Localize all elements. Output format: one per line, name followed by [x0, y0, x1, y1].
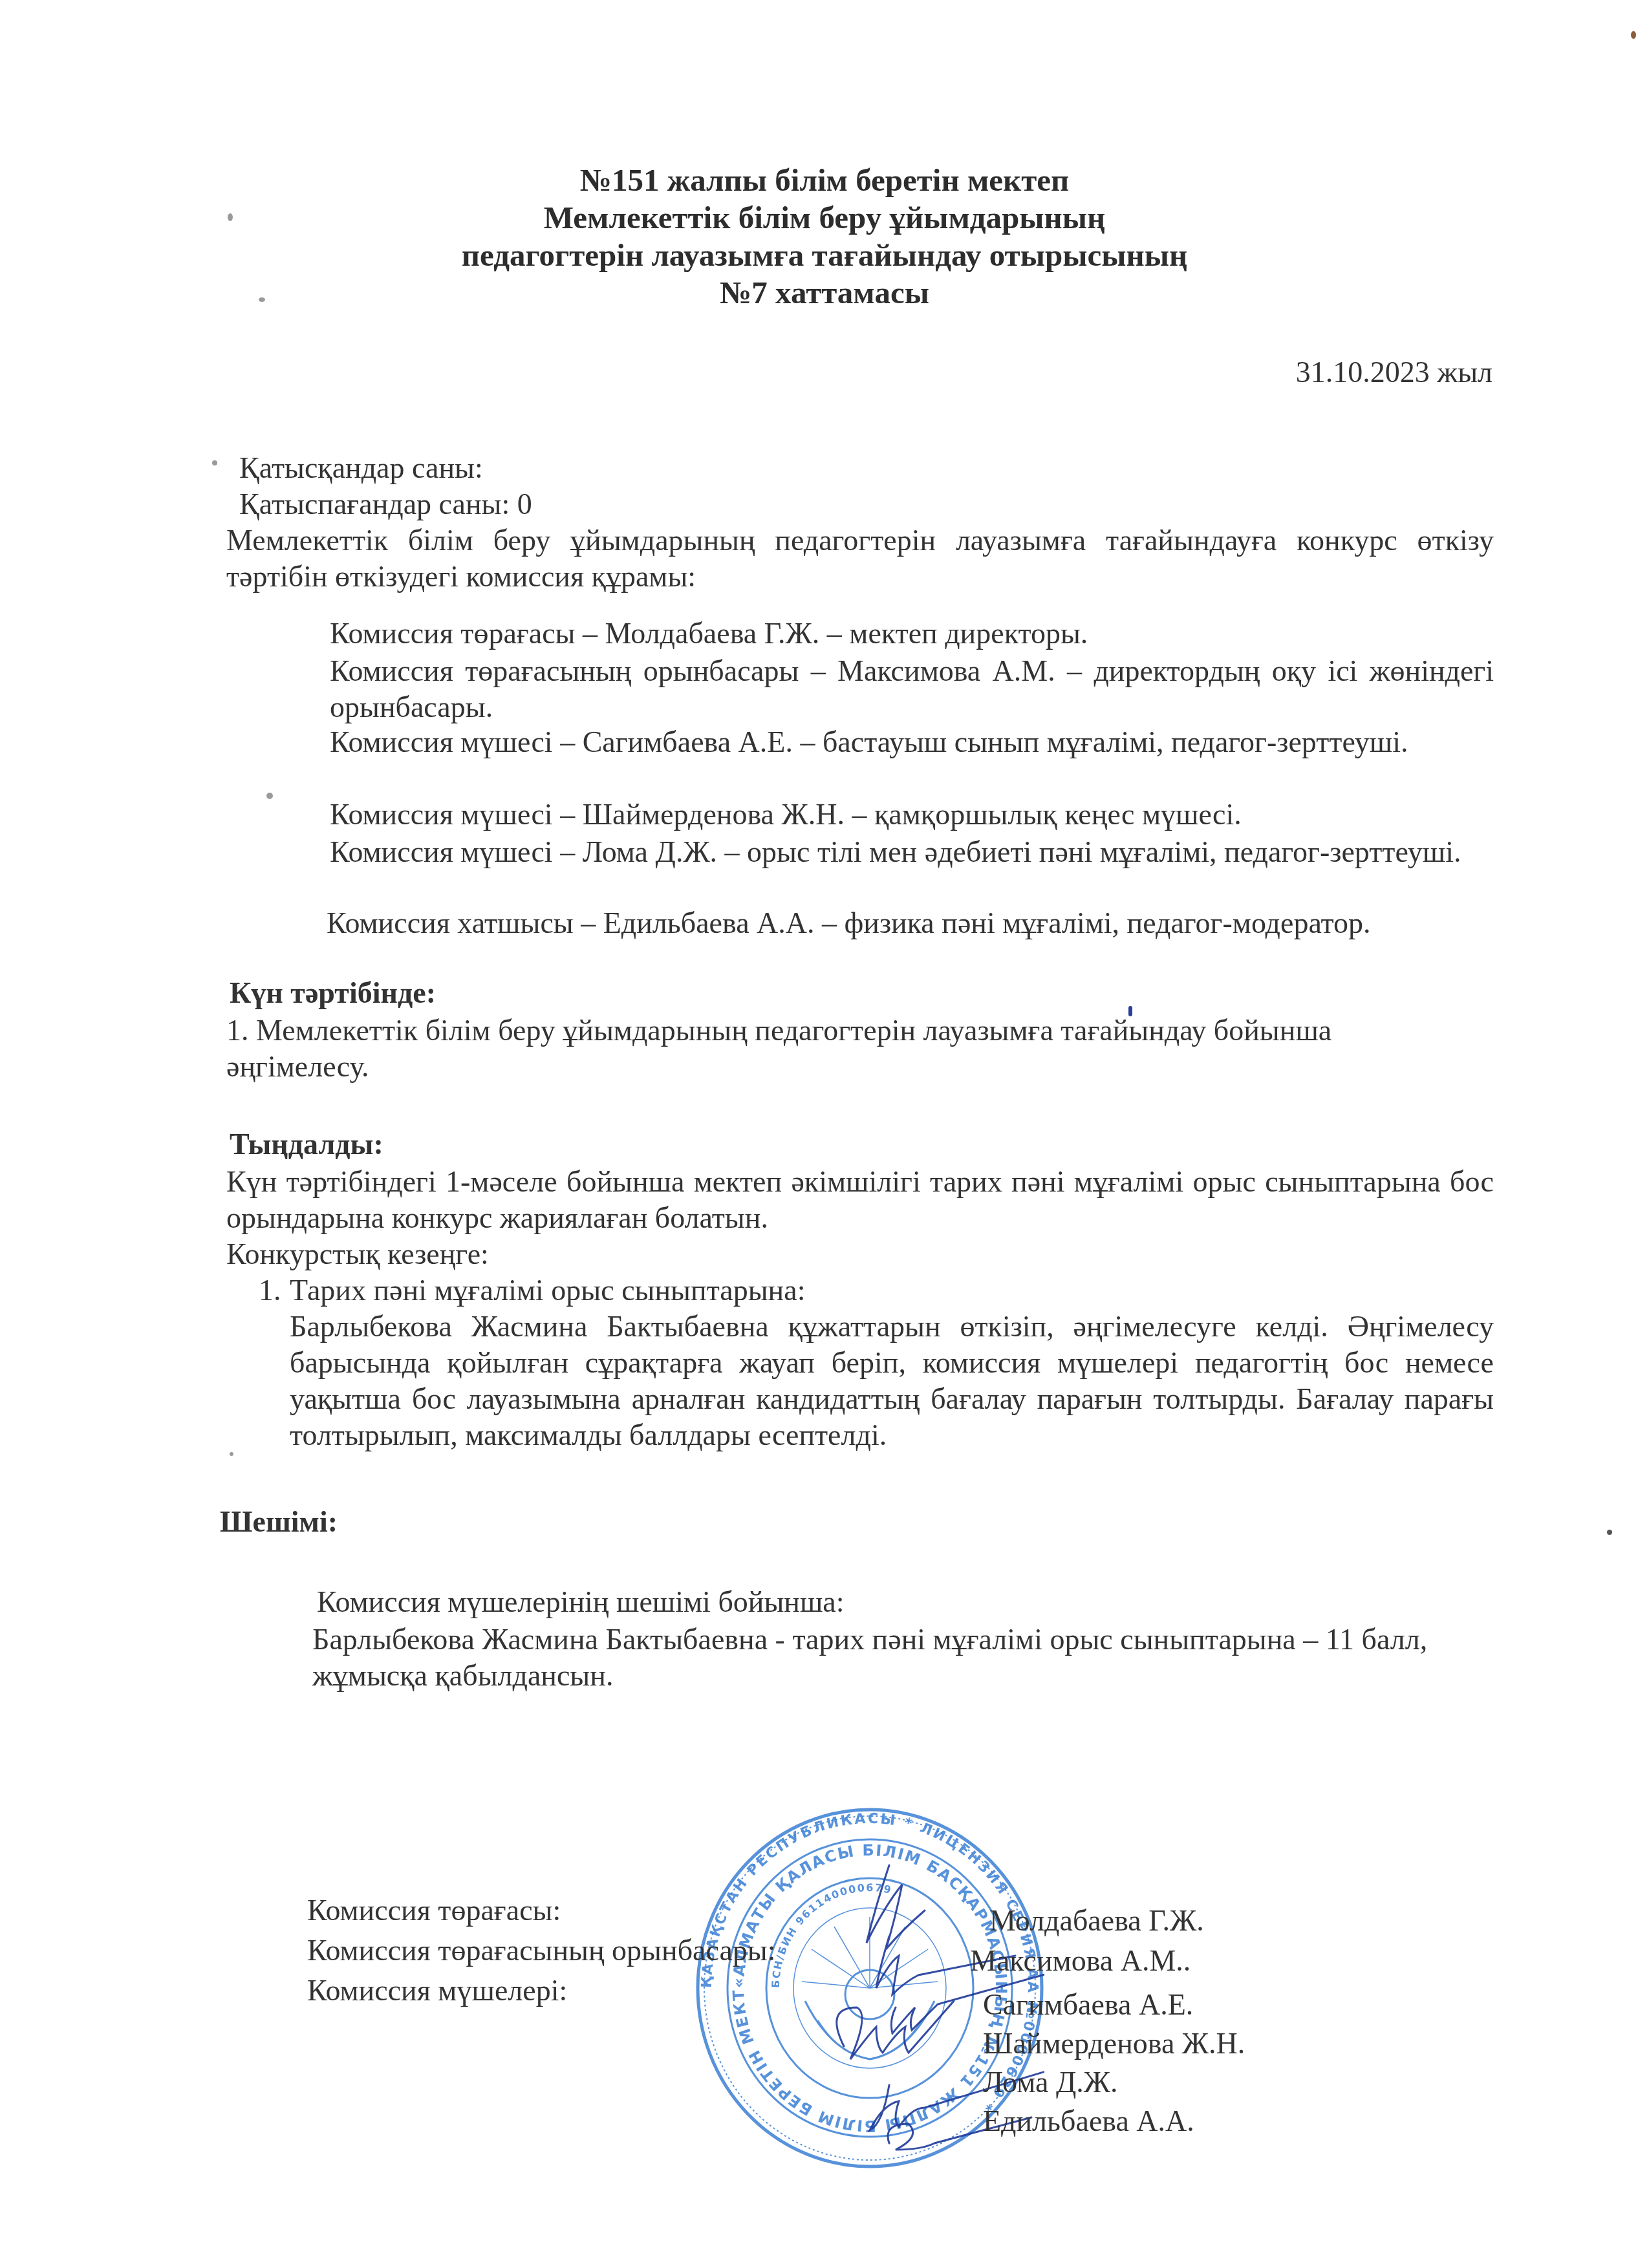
present-count: Қатысқандар саны: [239, 450, 483, 486]
svg-text:БСН/БИН 961140000679: БСН/БИН 961140000679 [770, 1881, 894, 1988]
document-date: 31.10.2023 жыл [1296, 354, 1493, 390]
signature-name-deputy: Максимова А.М.. [970, 1941, 1191, 1981]
decision-text: Барлыбекова Жасмина Бактыбаевна - тарих … [312, 1621, 1502, 1694]
school-name: №151 жалпы білім беретін мектеп [0, 162, 1649, 199]
stage-item-number: 1. [259, 1272, 281, 1309]
signature-label-chair: Комиссия төрағасы: [307, 1890, 561, 1931]
decision-heading: Шешімі: [220, 1504, 338, 1540]
signature-name-shaimerdenova: Шаймерденова Ж.Н. [983, 2024, 1245, 2064]
scan-speck [266, 793, 273, 799]
commission-member-sagimbaeva: Комиссия мүшесі – Сагимбаева А.Е. – баст… [330, 724, 1494, 760]
ink-mark [1128, 1006, 1132, 1016]
scan-speck [230, 1452, 233, 1456]
protocol-number: №7 хаттамасы [0, 274, 1649, 312]
header-line-2: Мемлекеттік білім беру ұйымдарының [0, 199, 1649, 237]
commission-intro: Мемлекеттік білім беру ұйымдарының педаг… [226, 522, 1494, 595]
signature-label-members: Комиссия мүшелері: [307, 1971, 567, 2011]
commission-member-shaimerdenova: Комиссия мүшесі – Шаймерденова Ж.Н. – қа… [330, 797, 1494, 833]
agenda-heading: Күн тәртібінде: [230, 975, 436, 1011]
decision-intro: Комиссия мүшелерінің шешімі бойынша: [317, 1584, 845, 1620]
signature-name-loma: Лома Д.Ж. [983, 2062, 1117, 2102]
stage-label: Конкурстық кезеңге: [226, 1236, 489, 1272]
scan-speck [1607, 1530, 1612, 1535]
stage-item-title: Тарих пәні мұғалімі орыс сыныптарына: [290, 1272, 805, 1309]
signature-name-chair: Молдабаева Г.Ж. [989, 1901, 1204, 1941]
signature-name-edilbaeva: Едильбаева А.А. [983, 2101, 1194, 2141]
commission-secretary: Комиссия хатшысы – Едильбаева А.А. – физ… [327, 905, 1503, 941]
scan-speck [228, 213, 233, 221]
signature-label-deputy: Комиссия төрағасының орынбасары: [307, 1931, 776, 1971]
heard-paragraph: Күн тәртібіндегі 1-мәселе бойынша мектеп… [226, 1164, 1494, 1236]
signature-name-sagimbaeva: Сагимбаева А.Е. [983, 1985, 1193, 2025]
agenda-item: 1. Мемлекеттік білім беру ұйымдарының пе… [226, 1012, 1468, 1085]
document-header: №151 жалпы білім беретін мектеп Мемлекет… [0, 162, 1649, 312]
heard-heading: Тыңдалды: [230, 1126, 383, 1162]
scan-speck [1631, 31, 1636, 39]
commission-member-chair: Комиссия төрағасы – Молдабаева Г.Ж. – ме… [330, 615, 1494, 652]
commission-member-deputy: Комиссия төрағасының орынбасары – Максим… [330, 653, 1494, 725]
scan-speck [212, 460, 217, 465]
scan-speck [259, 297, 265, 302]
absent-count: Қатыспағандар саны: 0 [239, 486, 532, 522]
commission-member-loma: Комиссия мүшесі – Лома Д.Ж. – орыс тілі … [330, 834, 1494, 870]
header-line-3: педагогтерін лауазымға тағайындау отырыс… [0, 237, 1649, 274]
stage-item-text: Барлыбекова Жасмина Бактыбаевна құжаттар… [290, 1309, 1494, 1453]
